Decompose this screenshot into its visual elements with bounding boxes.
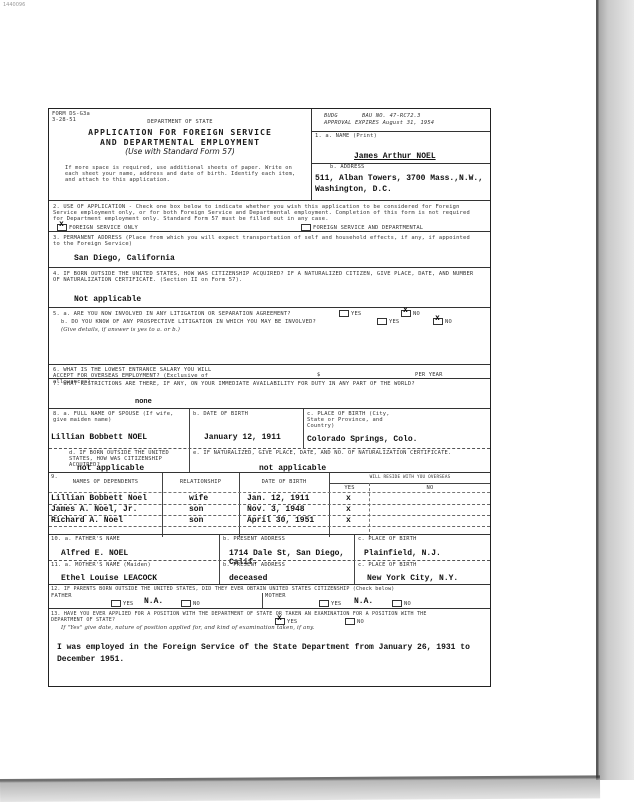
spouse-name: Lillian Bobbett NOEL: [51, 433, 147, 442]
applicant-address-line1: 511, Alban Towers, 3700 Mass.,N.W.,: [315, 174, 483, 183]
item-10a-label: 10. a. FATHER'S NAME: [51, 536, 120, 542]
salary-input[interactable]: [327, 371, 407, 377]
approval-expiry: APPROVAL EXPIRES August 31, 1954: [324, 120, 434, 126]
dependent-name: Lillian Bobbett Noel: [51, 494, 147, 503]
permanent-address-value: San Diego, California: [74, 254, 175, 263]
scan-edge-right: [596, 0, 634, 780]
checkbox-5a-yes[interactable]: [339, 310, 349, 317]
form-title-line2: AND DEPARTMENTAL EMPLOYMENT: [49, 137, 311, 147]
item-4-citizenship: 4. IF BORN OUTSIDE THE UNITED STATES, HO…: [49, 267, 490, 307]
budget-label: BUDG: [324, 113, 338, 119]
form-header: FORM DS-G3a 3-28-51 DEPARTMENT OF STATE …: [49, 109, 311, 200]
father-yes[interactable]: YES: [111, 600, 133, 607]
mother-name: Ethel Louise LEACOCK: [61, 574, 157, 583]
department-name: DEPARTMENT OF STATE: [49, 119, 311, 125]
no-label: NO: [357, 619, 364, 625]
form-subtitle: (Use with Standard Form 57): [49, 147, 311, 156]
mother-no[interactable]: NO: [392, 600, 411, 607]
item-2-use-of-application: 2. USE OF APPLICATION - Check one box be…: [49, 200, 490, 231]
budget-box: BUDG BAU NO. 47-RC72.3 APPROVAL EXPIRES …: [312, 109, 490, 132]
dependent-relationship: wife: [189, 494, 208, 503]
item-7-label: 7. WHAT RESTRICTIONS ARE THERE, IF ANY, …: [53, 381, 480, 387]
item-13-no[interactable]: NO: [345, 618, 364, 625]
item-3-permanent-address: 3. PERMANENT ADDRESS (Place from which y…: [49, 231, 490, 267]
header-reside-no: NO: [370, 485, 490, 491]
item-13-yes[interactable]: YES: [275, 618, 297, 625]
father-name: Alfred E. NOEL: [61, 549, 128, 558]
item-5a-label: 5. a. ARE YOU NOW INVOLVED IN ANY LITIGA…: [53, 311, 291, 317]
dependent-row: Lillian Bobbett Noel wife Jan. 12, 1911 …: [49, 494, 490, 505]
dependent-reside-yes: x: [346, 516, 351, 525]
item-6-salary: 6. WHAT IS THE LOWEST ENTRANCE SALARY YO…: [49, 364, 490, 378]
item-5-note: (Give details, if answer is yes to a. or…: [61, 327, 180, 333]
item-11a-label: 11. a. MOTHER'S NAME (Maiden): [51, 562, 151, 568]
form-instructions: If more space is required, use additiona…: [65, 165, 301, 183]
applicant-name: James Arthur NOEL: [354, 152, 436, 161]
checkbox-father-yes[interactable]: [111, 600, 121, 607]
checkbox-foreign-service-only[interactable]: [57, 224, 67, 231]
checkbox-mother-no[interactable]: [392, 600, 402, 607]
scan-edge-bottom: [0, 775, 600, 802]
no-label: NO: [193, 601, 200, 607]
yes-label: YES: [331, 601, 341, 607]
item-12-parents-citizenship: 12. IF PARENTS BORN OUTSIDE THE UNITED S…: [49, 584, 490, 608]
dependent-relationship: son: [189, 516, 203, 525]
header-dependent-names: NAMES OF DEPENDENTS: [49, 479, 162, 485]
item-5a-yes[interactable]: YES: [339, 310, 361, 317]
dependent-reside-yes: x: [346, 494, 351, 503]
item-10-father: 10. a. FATHER'S NAME Alfred E. NOEL b. P…: [49, 534, 490, 560]
header-will-reside: WILL RESIDE WITH YOU OVERSEAS: [330, 475, 490, 481]
item-1b-address: b. ADDRESS 511, Alban Towers, 3700 Mass.…: [312, 163, 560, 200]
checkbox-5b-yes[interactable]: [377, 318, 387, 325]
item-5b-label: b. DO YOU KNOW OF ANY PROSPECTIVE LITIGA…: [61, 319, 316, 325]
item-5a-no[interactable]: NO: [401, 310, 420, 317]
dependent-dob: April 30, 1951: [247, 516, 314, 525]
header-reside-yes: YES: [330, 485, 369, 491]
checkbox-13-no[interactable]: [345, 618, 355, 625]
checkbox-mother-yes[interactable]: [319, 600, 329, 607]
spouse-dob: January 12, 1911: [204, 433, 281, 442]
checkbox-5a-no[interactable]: [401, 310, 411, 317]
header-date-of-birth: DATE OF BIRTH: [239, 479, 329, 485]
applicant-address-line2: Washington, D.C.: [315, 185, 392, 194]
item-13-note: If "Yes" give date, nature of position a…: [61, 625, 315, 631]
dependent-reside-yes: x: [346, 505, 351, 514]
checkbox-foreign-service-and-departmental[interactable]: [301, 224, 311, 231]
item-4-label: 4. IF BORN OUTSIDE THE UNITED STATES, HO…: [53, 271, 480, 283]
item-8-spouse-citizenship: d. IF BORN OUTSIDE THE UNITED STATES, HO…: [49, 448, 490, 472]
dependent-name: Richard A. Noel: [51, 516, 123, 525]
item-12-label: 12. IF PARENTS BORN OUTSIDE THE UNITED S…: [51, 586, 486, 592]
spouse-birthplace: Colorado Springs, Colo.: [307, 435, 417, 444]
mother-citizenship-value: N.A.: [354, 597, 373, 606]
no-label: NO: [413, 311, 420, 317]
scan-corner-id: 1440096: [3, 2, 25, 8]
dependent-name: James A. Noel, Jr.: [51, 505, 137, 514]
header-relationship: RELATIONSHIP: [162, 479, 239, 485]
dependent-row: Richard A. Noel son April 30, 1951 x: [49, 516, 490, 527]
item-1a-name: 1. a. NAME (Print) James Arthur NOEL: [312, 131, 490, 164]
item-13-previous-application: 13. HAVE YOU EVER APPLIED FOR A POSITION…: [49, 608, 490, 686]
dependent-relationship: son: [189, 505, 203, 514]
mother-yes[interactable]: YES: [319, 600, 341, 607]
checkbox-5b-no[interactable]: [433, 318, 443, 325]
item-8e-label: e. IF NATURALIZED, GIVE PLACE, DATE, AND…: [193, 450, 480, 456]
option-foreign-service-and-departmental[interactable]: FOREIGN SERVICE AND DEPARTMENTAL: [301, 224, 423, 231]
item-8-spouse: 8. a. FULL NAME OF SPOUSE (If wife, give…: [49, 408, 490, 448]
item-5b-yes[interactable]: YES: [377, 318, 399, 325]
restrictions-value: none: [135, 398, 152, 406]
yes-label: YES: [389, 319, 399, 325]
father-label: FATHER: [51, 593, 72, 599]
item-8c-label: c. PLACE OF BIRTH (City, State or Provin…: [307, 411, 407, 429]
item-1a-label: 1. a. NAME (Print): [315, 133, 377, 139]
checkbox-13-yes[interactable]: [275, 618, 285, 625]
item-10b-label: b. PRESENT ADDRESS: [223, 536, 285, 542]
form-title-line1: APPLICATION FOR FOREIGN SERVICE: [49, 127, 311, 137]
item-11b-label: b. PRESENT ADDRESS: [223, 562, 285, 568]
dependent-dob: Jan. 12, 1911: [247, 494, 309, 503]
no-label: NO: [404, 601, 411, 607]
item-8a-label: 8. a. FULL NAME OF SPOUSE (If wife, give…: [53, 411, 185, 423]
item-9-dependents: 9. NAMES OF DEPENDENTS RELATIONSHIP DATE…: [49, 472, 490, 537]
item-1b-label: b. ADDRESS: [330, 164, 364, 170]
yes-label: YES: [123, 601, 133, 607]
father-citizenship-value: N.A.: [144, 597, 163, 606]
item-5b-no[interactable]: NO: [433, 318, 452, 325]
citizenship-value: Not applicable: [74, 295, 141, 304]
item-11c-label: c. PLACE OF BIRTH: [358, 562, 417, 568]
item-8b-label: b. DATE OF BIRTH: [193, 411, 248, 417]
application-form: FORM DS-G3a 3-28-51 DEPARTMENT OF STATE …: [48, 108, 491, 687]
father-no[interactable]: NO: [181, 600, 200, 607]
father-birthplace: Plainfield, N.J.: [364, 549, 441, 558]
mother-address: deceased: [229, 574, 267, 583]
item-11-mother: 11. a. MOTHER'S NAME (Maiden) Ethel Loui…: [49, 560, 490, 584]
no-label: NO: [445, 319, 452, 325]
option-foreign-service-only[interactable]: FOREIGN SERVICE ONLY: [57, 224, 138, 231]
mother-birthplace: New York City, N.Y.: [367, 574, 458, 583]
bureau-number: BAU NO. 47-RC72.3: [362, 113, 421, 119]
dependent-dob: Nov. 3, 1948: [247, 505, 305, 514]
item-13-label: 13. HAVE YOU EVER APPLIED FOR A POSITION…: [51, 611, 451, 623]
item-5-litigation: 5. a. ARE YOU NOW INVOLVED IN ANY LITIGA…: [49, 307, 490, 353]
item-3-label: 3. PERMANENT ADDRESS (Place from which y…: [53, 235, 480, 247]
dependent-row: James A. Noel, Jr. son Nov. 3, 1948 x: [49, 505, 490, 516]
item-10c-label: c. PLACE OF BIRTH: [358, 536, 417, 542]
item-2-label: 2. USE OF APPLICATION - Check one box be…: [53, 204, 478, 222]
mother-label: MOTHER: [265, 593, 286, 599]
checkbox-father-no[interactable]: [181, 600, 191, 607]
yes-label: YES: [351, 311, 361, 317]
employment-history: I was employed in the Foreign Service of…: [57, 642, 477, 666]
item-7-restrictions: 7. WHAT RESTRICTIONS ARE THERE, IF ANY, …: [49, 378, 490, 408]
